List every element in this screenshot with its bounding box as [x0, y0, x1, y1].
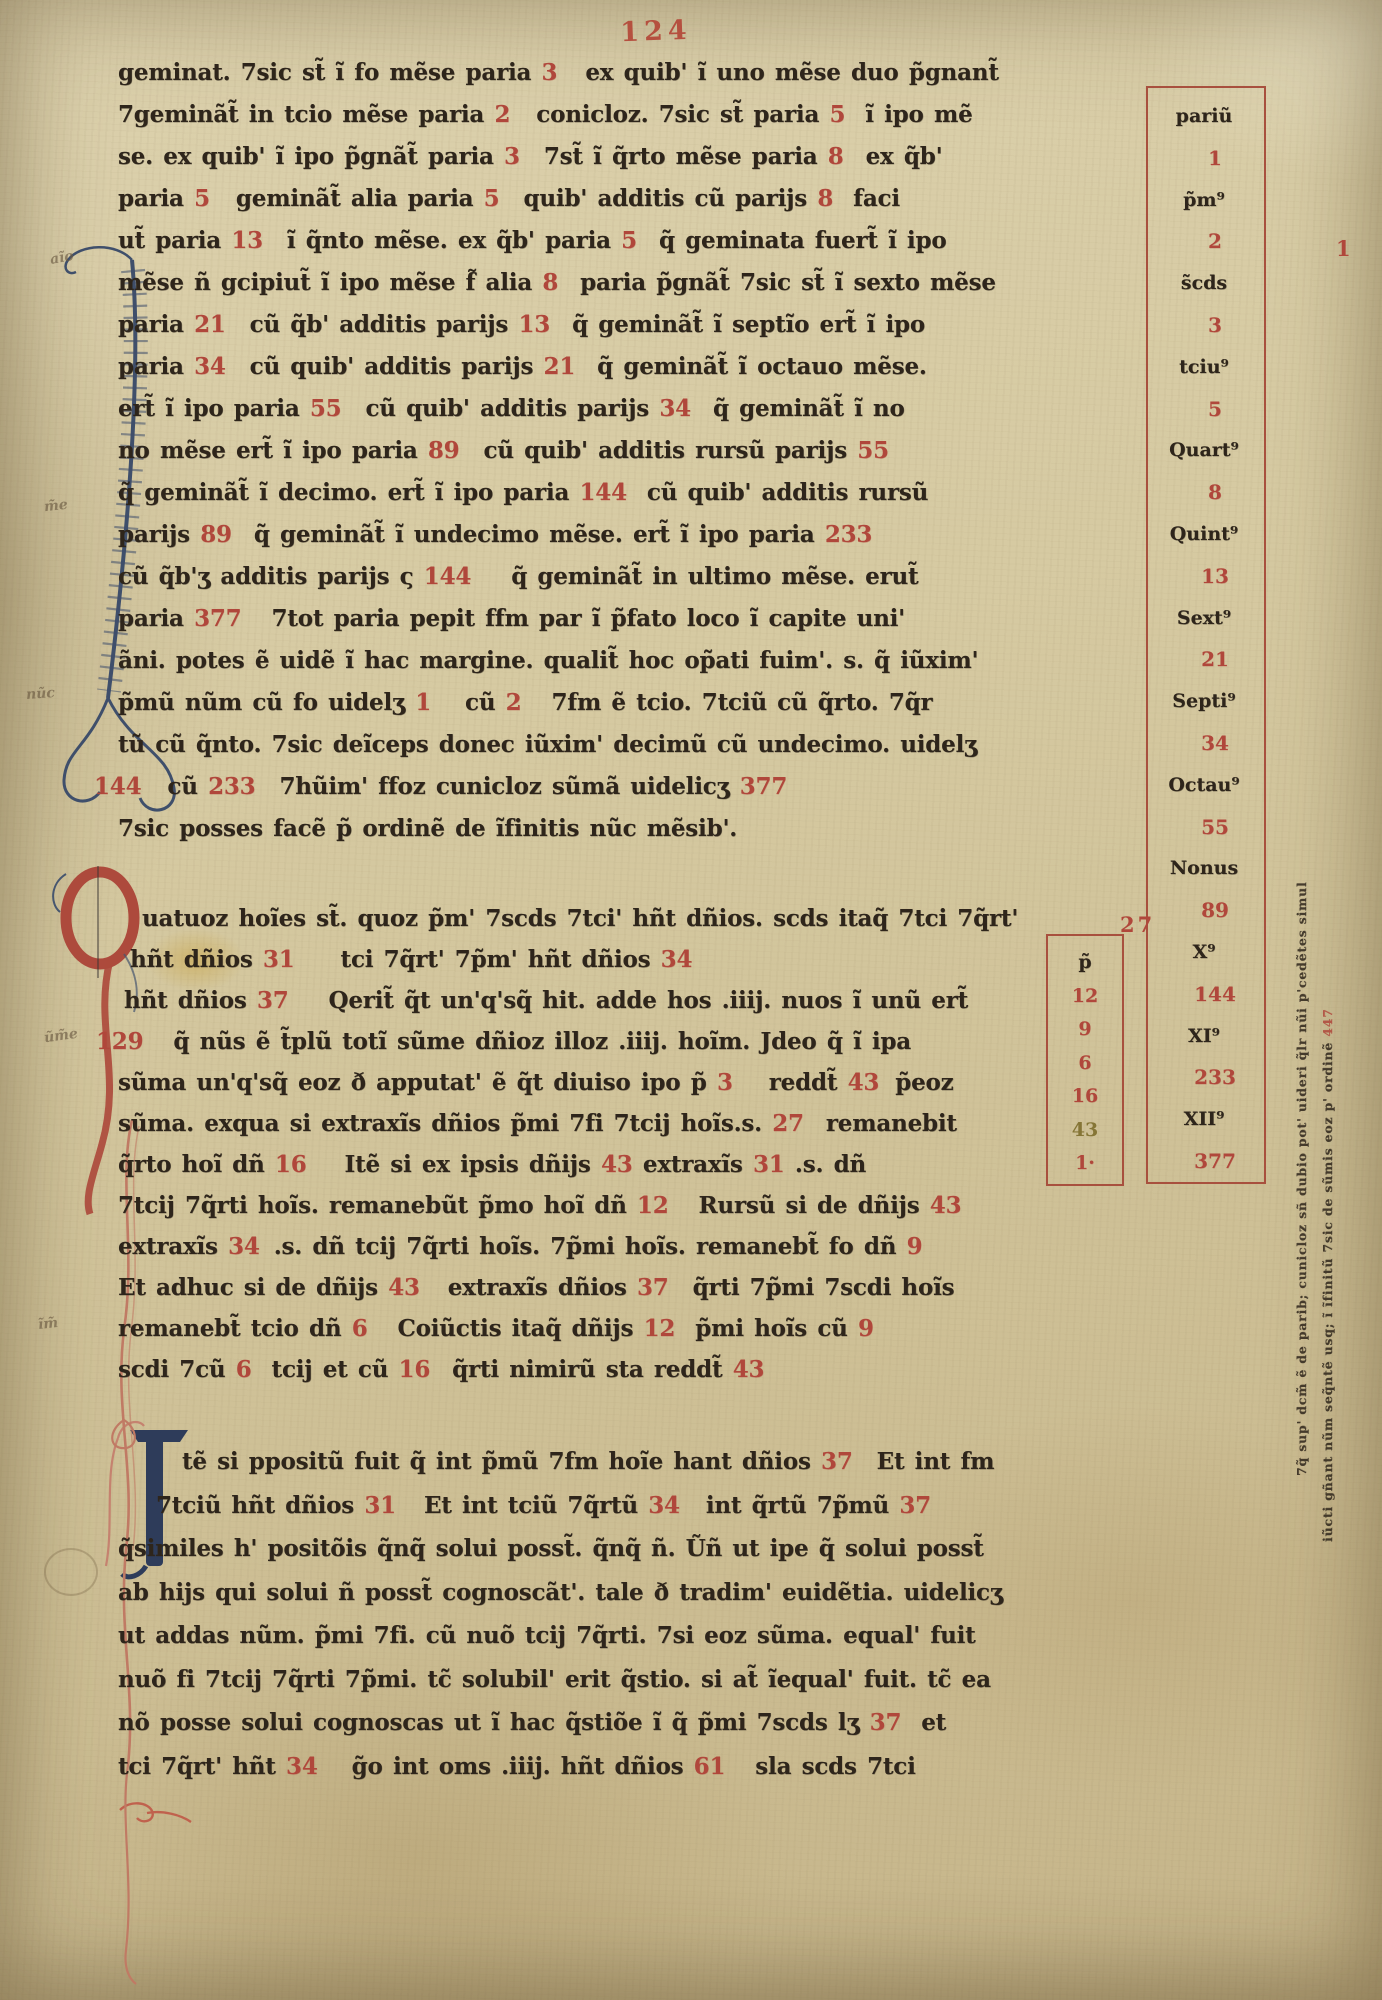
red-numeral: 34	[228, 1233, 260, 1260]
fibonacci-margin-table: pariũ1p̃m⁹2s̃cds3tciu⁹5Quart⁹8Quint⁹13Se…	[1146, 86, 1266, 1184]
red-numeral: 21	[194, 311, 226, 338]
table-value: 3	[1157, 305, 1273, 347]
red-numeral: 34	[286, 1753, 318, 1780]
red-numeral: 37	[870, 1709, 902, 1736]
text-line: ab hijs qui solui ñ posst̃ cognoscãt'. t…	[118, 1571, 1003, 1615]
red-numeral: 31	[263, 946, 295, 973]
vertical-marginal-note: iũcti gñant nũm seq̃ntẽ usq; ĩ ĩfinitũ 7…	[1320, 742, 1335, 1542]
red-numeral: 16	[399, 1356, 431, 1383]
text-line: ut̃ paria 13ĩ q̃nto mẽse. ex q̃b' paria …	[118, 220, 999, 262]
text-line: mẽse ñ gcipiut̃ ĩ ipo mẽse f̃ alia 8pari…	[118, 262, 999, 304]
red-numeral: 43	[848, 1069, 880, 1096]
text-line: 7sic posses facẽ p̃ ordinẽ de ĩfinitis n…	[118, 808, 999, 850]
red-numeral: 8	[817, 185, 833, 212]
latin-text: remanebit	[826, 1110, 957, 1137]
latin-text: faci	[853, 185, 900, 212]
latin-text: conicloz. 7sic st̃ paria	[536, 101, 829, 128]
red-numeral: 34	[648, 1492, 680, 1519]
latin-text: ãni. potes ẽ uidẽ ĩ hac margine. qualit̃…	[118, 647, 978, 674]
red-numeral: 31	[364, 1492, 396, 1519]
box-value: 16	[1048, 1080, 1122, 1114]
text-line: nõ posse solui cognoscas ut ĩ hac q̃stiõ…	[118, 1701, 1003, 1745]
latin-text: geminat. 7sic st̃ ĩ fo mẽse paria	[118, 59, 542, 86]
text-line: sũma. exqua si extraxĩs dñios p̃mi 7fi 7…	[118, 1103, 1018, 1144]
latin-text: p̃mi hoĩs cũ	[695, 1315, 858, 1342]
floating-red-numeral: 1	[1336, 236, 1354, 261]
latin-text: uatuoz hoĩes st̃. quoz p̃m' 7scds 7tci' …	[142, 905, 1018, 932]
table-label: s̃cds	[1146, 263, 1262, 305]
latin-text: 7tciũ hñt dñios	[156, 1492, 364, 1519]
text-line: paria 5geminãt̃ alia paria 5quib' additi…	[118, 178, 999, 220]
text-line: q̃similes h' positõis q̃nq̃ solui posst̃…	[118, 1527, 1003, 1571]
red-numeral: 3	[542, 59, 558, 86]
table-label: XII⁹	[1146, 1099, 1262, 1141]
latin-text: cũ q̃b'ʒ additis parijs ς	[118, 563, 424, 590]
red-numeral: 13	[518, 311, 550, 338]
marginal-scribble: nũc	[25, 685, 55, 703]
table-value: 144	[1157, 974, 1273, 1016]
latin-text: cũ quib' additis parijs	[250, 353, 544, 380]
red-numeral: 6	[236, 1356, 252, 1383]
table-value: 5	[1157, 389, 1273, 431]
latin-text: ert̃ ĩ ipo paria	[118, 395, 310, 422]
latin-text: no mẽse ert̃ ĩ ipo paria	[118, 437, 428, 464]
text-line: cũ q̃b'ʒ additis parijs ς 144q̃ geminãt̃…	[118, 556, 999, 598]
text-line: nuõ fi 7tcij 7q̃rti 7p̃mi. tc̃ solubil' …	[118, 1658, 1003, 1702]
text-line: paria 3777tot paria pepit ffm par ĩ p̃fa…	[118, 598, 999, 640]
red-numeral: 89	[428, 437, 460, 464]
red-numeral: 61	[694, 1753, 726, 1780]
latin-text: cũ	[465, 689, 506, 716]
table-value: 89	[1157, 890, 1273, 932]
red-numeral: 377	[194, 605, 241, 632]
latin-text: q̃ geminãt̃ ĩ septĩo ert̃ ĩ ipo	[572, 311, 925, 338]
table-label: Octau⁹	[1146, 765, 1262, 807]
red-numeral: 1	[415, 689, 431, 716]
red-numeral: 377	[740, 773, 787, 800]
text-line: scdi 7cũ 6tcij et cũ 16q̃rti nimirũ sta …	[118, 1349, 1018, 1390]
red-numeral: 37	[821, 1448, 853, 1475]
latin-text: Et int fm	[877, 1448, 995, 1475]
text-line: 7tciũ hñt dñios 31Et int tciũ 7q̃rtũ 34i…	[156, 1484, 1003, 1528]
latin-text: ĩ ipo mẽ	[865, 101, 972, 128]
latin-text: q̃ geminãt̃ ĩ undecimo mẽse. ert̃ ĩ ipo …	[254, 521, 825, 548]
red-numeral: 34	[661, 946, 693, 973]
text-line: tci 7q̃rt' hñt 34g̃o int oms .iiij. hñt …	[118, 1745, 1003, 1789]
latin-text: cũ quib' additis parijs	[365, 395, 659, 422]
table-label: X⁹	[1146, 932, 1262, 974]
red-numeral: 21	[544, 353, 576, 380]
latin-text: ex q̃b'	[866, 143, 943, 170]
red-numeral: 89	[200, 521, 232, 548]
latin-text: p̃mũ nũm cũ fo uidelʒ	[118, 689, 415, 716]
latin-text: 7fm ẽ tcio. 7tciũ cũ q̃rto. 7q̃r	[551, 689, 932, 716]
red-numeral: 2	[506, 689, 522, 716]
text-line: 7geminãt̃ in tcio mẽse paria 2conicloz. …	[118, 94, 999, 136]
latin-text: geminãt̃ alia paria	[236, 185, 484, 212]
red-numeral: 34	[194, 353, 226, 380]
table-value: 8	[1157, 472, 1273, 514]
latin-text: Et adhuc si de dñijs	[118, 1274, 388, 1301]
solution-margin-box: p̃129616431·	[1046, 934, 1124, 1186]
latin-text: ab hijs qui solui ñ posst̃ cognoscãt'. t…	[118, 1579, 1003, 1606]
latin-text: extraxĩs	[118, 1233, 228, 1260]
text-line: hñt dñios 37Qerit̃ q̃t un'q'sq̃ hit. add…	[124, 980, 1018, 1021]
latin-text: ex quib' ĩ uno mẽse duo p̃gnant̃	[585, 59, 998, 86]
latin-text: nuõ fi 7tcij 7q̃rti 7p̃mi. tc̃ solubil' …	[118, 1666, 991, 1693]
table-label: p̃m⁹	[1146, 180, 1262, 222]
latin-text: sũma. exqua si extraxĩs dñios p̃mi 7fi 7…	[118, 1110, 772, 1137]
latin-text: Qerit̃ q̃t un'q'sq̃ hit. adde hos .iiij.…	[329, 987, 969, 1014]
table-value: 1	[1157, 138, 1273, 180]
text-line: paria 21cũ q̃b' additis parijs 13q̃ gemi…	[118, 304, 999, 346]
latin-text: q̃rto hoĩ dñ	[118, 1151, 275, 1178]
latin-text: 7tcij 7q̃rti hoĩs. remanebũt p̃mo hoĩ dñ	[118, 1192, 637, 1219]
latin-text: cũ q̃b' additis parijs	[250, 311, 519, 338]
table-label: Septi⁹	[1146, 681, 1262, 723]
folio-number: 124	[595, 14, 716, 49]
latin-text: tcij et cũ	[272, 1356, 399, 1383]
latin-text: tẽ si ppositũ fuit q̃ int p̃mũ 7fm hoĩe …	[182, 1448, 821, 1475]
red-numeral: 9	[907, 1233, 923, 1260]
latin-text: quib' additis cũ parijs	[523, 185, 817, 212]
text-line: q̃ geminãt̃ ĩ decimo. ert̃ ĩ ipo paria 1…	[118, 472, 999, 514]
red-numeral: 43	[733, 1356, 765, 1383]
red-numeral: 12	[637, 1192, 669, 1219]
latin-text: ut addas nũm. p̃mi 7fi. cũ nuõ tcij 7q̃r…	[118, 1622, 976, 1649]
table-label: tciu⁹	[1146, 347, 1262, 389]
text-line: hñt dñios 31tci 7q̃rt' 7p̃m' hñt dñios 3…	[130, 939, 1018, 980]
table-label: Quart⁹	[1146, 430, 1262, 472]
red-numeral: 233	[825, 521, 872, 548]
text-line: 7tcij 7q̃rti hoĩs. remanebũt p̃mo hoĩ dñ…	[118, 1185, 1018, 1226]
red-numeral: 34	[659, 395, 691, 422]
latin-text: sũma un'q'sq̃ eoz ð apputat' ẽ q̃t diuis…	[118, 1069, 717, 1096]
red-numeral: 9	[858, 1315, 874, 1342]
red-numeral: 8	[542, 269, 558, 296]
red-numeral: 144	[94, 773, 141, 800]
latin-text: p̃eoz	[895, 1069, 953, 1096]
red-numeral: 37	[637, 1274, 669, 1301]
latin-text: extraxĩs	[633, 1151, 753, 1178]
red-numeral: 55	[310, 395, 342, 422]
table-value: 55	[1157, 807, 1273, 849]
table-value: 21	[1157, 639, 1273, 681]
latin-text: .s. dñ	[785, 1151, 866, 1178]
marginal-scribble: ĩm̃	[37, 1315, 59, 1333]
latin-text: paria	[118, 185, 194, 212]
latin-text: Rursũ si de dñijs	[699, 1192, 930, 1219]
latin-text: tũ cũ q̃nto. 7sic deĩceps donec iũxim' d…	[118, 731, 977, 758]
red-numeral: 6	[352, 1315, 368, 1342]
box-value: 12	[1048, 980, 1122, 1014]
text-line: remanebt̃ tcio dñ 6Coiũctis itaq̃ dñijs …	[118, 1308, 1018, 1349]
latin-text: reddt̃	[769, 1069, 848, 1096]
latin-text: paria	[118, 605, 194, 632]
table-label: pariũ	[1146, 96, 1262, 138]
red-numeral: 5	[194, 185, 210, 212]
latin-text: 7st̃ ĩ q̃rto mẽse paria	[544, 143, 828, 170]
latin-text: q̃similes h' positõis q̃nq̃ solui posst̃…	[118, 1535, 984, 1562]
vertical-marginal-note: 7q̃ sup' dcm̃ ẽ de parib; cunicloz sñ du…	[1294, 706, 1309, 1476]
red-numeral: 12	[644, 1315, 676, 1342]
latin-text: paria p̃gnãt̃ 7sic st̃ ĩ sexto mẽse	[580, 269, 996, 296]
box-value: 6	[1048, 1047, 1122, 1081]
latin-text: q̃ geminata fuert̃ ĩ ipo	[659, 227, 947, 254]
latin-text: nõ posse solui cognoscas ut ĩ hac q̃stiõ…	[118, 1709, 870, 1736]
text-line: paria 34cũ quib' additis parijs 21q̃ gem…	[118, 346, 999, 388]
latin-text: cũ	[167, 773, 208, 800]
table-label: Nonus	[1146, 848, 1262, 890]
table-label: Quint⁹	[1146, 514, 1262, 556]
latin-text: parijs	[118, 521, 200, 548]
latin-text: q̃rti 7p̃mi 7scdi hoĩs	[693, 1274, 955, 1301]
text-line: 129q̃ nũs ẽ t̃plũ totĩ sũme dñioz illoz …	[96, 1021, 1018, 1062]
latin-text: Et int tciũ 7q̃rtũ	[424, 1492, 648, 1519]
latin-text: paria	[118, 353, 194, 380]
text-line: se. ex quib' ĩ ipo p̃gnãt̃ paria 37st̃ ĩ…	[118, 136, 999, 178]
latin-text: 7hũim' ffoz cunicloz sũmã uidelicʒ	[279, 773, 739, 800]
red-numeral: 233	[208, 773, 255, 800]
table-value: 2	[1157, 221, 1273, 263]
latin-text: q̃ geminãt̃ ĩ decimo. ert̃ ĩ ipo paria	[118, 479, 579, 506]
text-line: tẽ si ppositũ fuit q̃ int p̃mũ 7fm hoĩe …	[182, 1440, 1003, 1484]
latin-text: remanebt̃ tcio dñ	[118, 1315, 352, 1342]
red-numeral: 43	[601, 1151, 633, 1178]
text-line: Et adhuc si de dñijs 43extraxĩs dñios 37…	[118, 1267, 1018, 1308]
text-line: sũma un'q'sq̃ eoz ð apputat' ẽ q̃t diuis…	[118, 1062, 1018, 1103]
latin-text: et	[921, 1709, 946, 1736]
red-numeral: 16	[275, 1151, 307, 1178]
red-numeral: 447	[1320, 1008, 1335, 1037]
red-numeral: 27	[772, 1110, 804, 1137]
red-numeral: 5	[829, 101, 845, 128]
red-numeral: 37	[899, 1492, 931, 1519]
latin-text: int q̃rtũ 7p̃mũ	[706, 1492, 900, 1519]
text-line: extraxĩs 34.s. dñ tcij 7q̃rti hoĩs. 7p̃m…	[118, 1226, 1018, 1267]
red-numeral: 5	[484, 185, 500, 212]
manuscript-page: 124 geminat. 7sic st̃ ĩ fo mẽse paria 3e…	[0, 0, 1382, 2000]
red-numeral: 3	[504, 143, 520, 170]
latin-text: hñt dñios	[130, 946, 263, 973]
latin-text: q̃ geminãt̃ ĩ no	[713, 395, 905, 422]
latin-text: g̃o int oms .iiij. hñt dñios	[352, 1753, 694, 1780]
latin-text: sla scds 7tci	[755, 1753, 915, 1780]
latin-text: scdi 7cũ	[118, 1356, 236, 1383]
latin-text: q̃ geminãt̃ in ultimo mẽse. erut̃	[511, 563, 918, 590]
latin-text: 7sic posses facẽ p̃ ordinẽ de ĩfinitis n…	[118, 815, 737, 842]
text-line: uatuoz hoĩes st̃. quoz p̃m' 7scds 7tci' …	[142, 898, 1018, 939]
red-numeral: 43	[930, 1192, 962, 1219]
box-value: 1·	[1048, 1147, 1122, 1181]
text-line: no mẽse ert̃ ĩ ipo paria 89cũ quib' addi…	[118, 430, 999, 472]
parchment-stain	[44, 1548, 98, 1596]
paragraph-p3: tẽ si ppositũ fuit q̃ int p̃mũ 7fm hoĩe …	[118, 1440, 1003, 1788]
latin-text: hñt dñios	[124, 987, 257, 1014]
table-value: 377	[1157, 1141, 1273, 1183]
table-value: 233	[1157, 1057, 1273, 1099]
latin-text: 7q̃ sup' dcm̃ ẽ de parib; cunicloz sñ du…	[1294, 882, 1309, 1477]
table-label: XI⁹	[1146, 1016, 1262, 1058]
latin-text: 7geminãt̃ in tcio mẽse paria	[118, 101, 494, 128]
red-numeral: 129	[96, 1028, 143, 1055]
latin-text: iũcti gñant nũm seq̃ntẽ usq; ĩ ĩfinitũ 7…	[1320, 1037, 1335, 1542]
latin-text: .s. dñ tcij 7q̃rti hoĩs. 7p̃mi hoĩs. rem…	[274, 1233, 907, 1260]
table-label: Sext⁹	[1146, 598, 1262, 640]
red-numeral: 144	[579, 479, 626, 506]
marginal-scribble: m̃e	[43, 497, 68, 515]
text-line: geminat. 7sic st̃ ĩ fo mẽse paria 3ex qu…	[118, 52, 999, 94]
text-line: tũ cũ q̃nto. 7sic deĩceps donec iũxim' d…	[118, 724, 999, 766]
paragraph-p1: geminat. 7sic st̃ ĩ fo mẽse paria 3ex qu…	[118, 52, 999, 850]
red-numeral: 3	[717, 1069, 733, 1096]
box-value: 9	[1048, 1013, 1122, 1047]
text-line: q̃rto hoĩ dñ 16Itẽ si ex ipsis dñijs 43 …	[118, 1144, 1018, 1185]
latin-text: cũ quib' additis rursũ	[647, 479, 928, 506]
latin-text: Coiũctis itaq̃ dñijs	[398, 1315, 644, 1342]
red-numeral: 55	[857, 437, 889, 464]
latin-text: tci 7q̃rt' hñt	[118, 1753, 286, 1780]
latin-text: q̃ nũs ẽ t̃plũ totĩ sũme dñioz illoz .ii…	[173, 1028, 911, 1055]
red-numeral: 144	[424, 563, 471, 590]
latin-text: tci 7q̃rt' 7p̃m' hñt dñios	[341, 946, 661, 973]
text-line: ut addas nũm. p̃mi 7fi. cũ nuõ tcij 7q̃r…	[118, 1614, 1003, 1658]
red-numeral: 13	[231, 227, 263, 254]
latin-text: mẽse ñ gcipiut̃ ĩ ipo mẽse f̃ alia	[118, 269, 542, 296]
latin-text: q̃ geminãt̃ ĩ octauo mẽse.	[597, 353, 927, 380]
floating-red-numeral: 27	[1120, 912, 1155, 937]
red-numeral: 43	[388, 1274, 420, 1301]
latin-text: paria	[118, 311, 194, 338]
latin-text: ut̃ paria	[118, 227, 231, 254]
red-numeral: 8	[828, 143, 844, 170]
text-line: ãni. potes ẽ uidẽ ĩ hac margine. qualit̃…	[118, 640, 999, 682]
latin-text: Itẽ si ex ipsis dñijs	[345, 1151, 601, 1178]
latin-text: 7tot paria pepit ffm par ĩ p̃fato loco ĩ…	[271, 605, 905, 632]
latin-text: cũ quib' additis rursũ parijs	[483, 437, 857, 464]
latin-text: q̃rti nimirũ sta reddt̃	[452, 1356, 733, 1383]
latin-text: ĩ q̃nto mẽse. ex q̃b' paria	[287, 227, 621, 254]
red-numeral: 2	[494, 101, 510, 128]
table-value: 34	[1157, 723, 1273, 765]
latin-text: extraxĩs dñios	[448, 1274, 637, 1301]
table-value: 13	[1157, 556, 1273, 598]
paragraph-p2: uatuoz hoĩes st̃. quoz p̃m' 7scds 7tci' …	[118, 898, 1018, 1390]
box-value: 43	[1048, 1114, 1122, 1148]
text-line: p̃mũ nũm cũ fo uidelʒ 1cũ 27fm ẽ tcio. 7…	[118, 682, 999, 724]
text-line: 144cũ 2337hũim' ffoz cunicloz sũmã uidel…	[94, 766, 999, 808]
box-value: p̃	[1048, 946, 1122, 980]
latin-text: se. ex quib' ĩ ipo p̃gnãt̃ paria	[118, 143, 504, 170]
red-numeral: 31	[753, 1151, 785, 1178]
text-line: ert̃ ĩ ipo paria 55cũ quib' additis pari…	[118, 388, 999, 430]
text-line: parijs 89q̃ geminãt̃ ĩ undecimo mẽse. er…	[118, 514, 999, 556]
red-numeral: 37	[257, 987, 289, 1014]
red-numeral: 5	[621, 227, 637, 254]
